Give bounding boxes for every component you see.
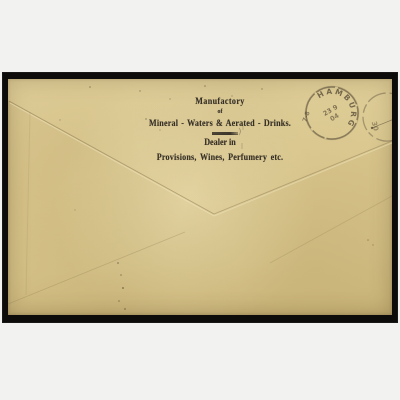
cachet-divider-rule — [212, 132, 238, 135]
cachet-of: of — [121, 108, 319, 116]
cachet-dealer-products-line: Provisions, Wines, Perfumery etc. — [121, 152, 319, 163]
photo-frame: Manufactory of Mineral - Waters & Aerate… — [3, 73, 397, 322]
page-background: { "page": { "background_color": "#f2f2f1… — [0, 0, 400, 400]
cachet-products-line: Mineral - Waters & Aerated - Drinks. — [121, 118, 319, 129]
envelope-back: Manufactory of Mineral - Waters & Aerate… — [8, 79, 392, 315]
cachet-dealer-line: Dealer in — [121, 137, 319, 148]
printed-cachet: Manufactory of Mineral - Waters & Aerate… — [110, 96, 330, 163]
cachet-title: Manufactory — [121, 96, 319, 107]
